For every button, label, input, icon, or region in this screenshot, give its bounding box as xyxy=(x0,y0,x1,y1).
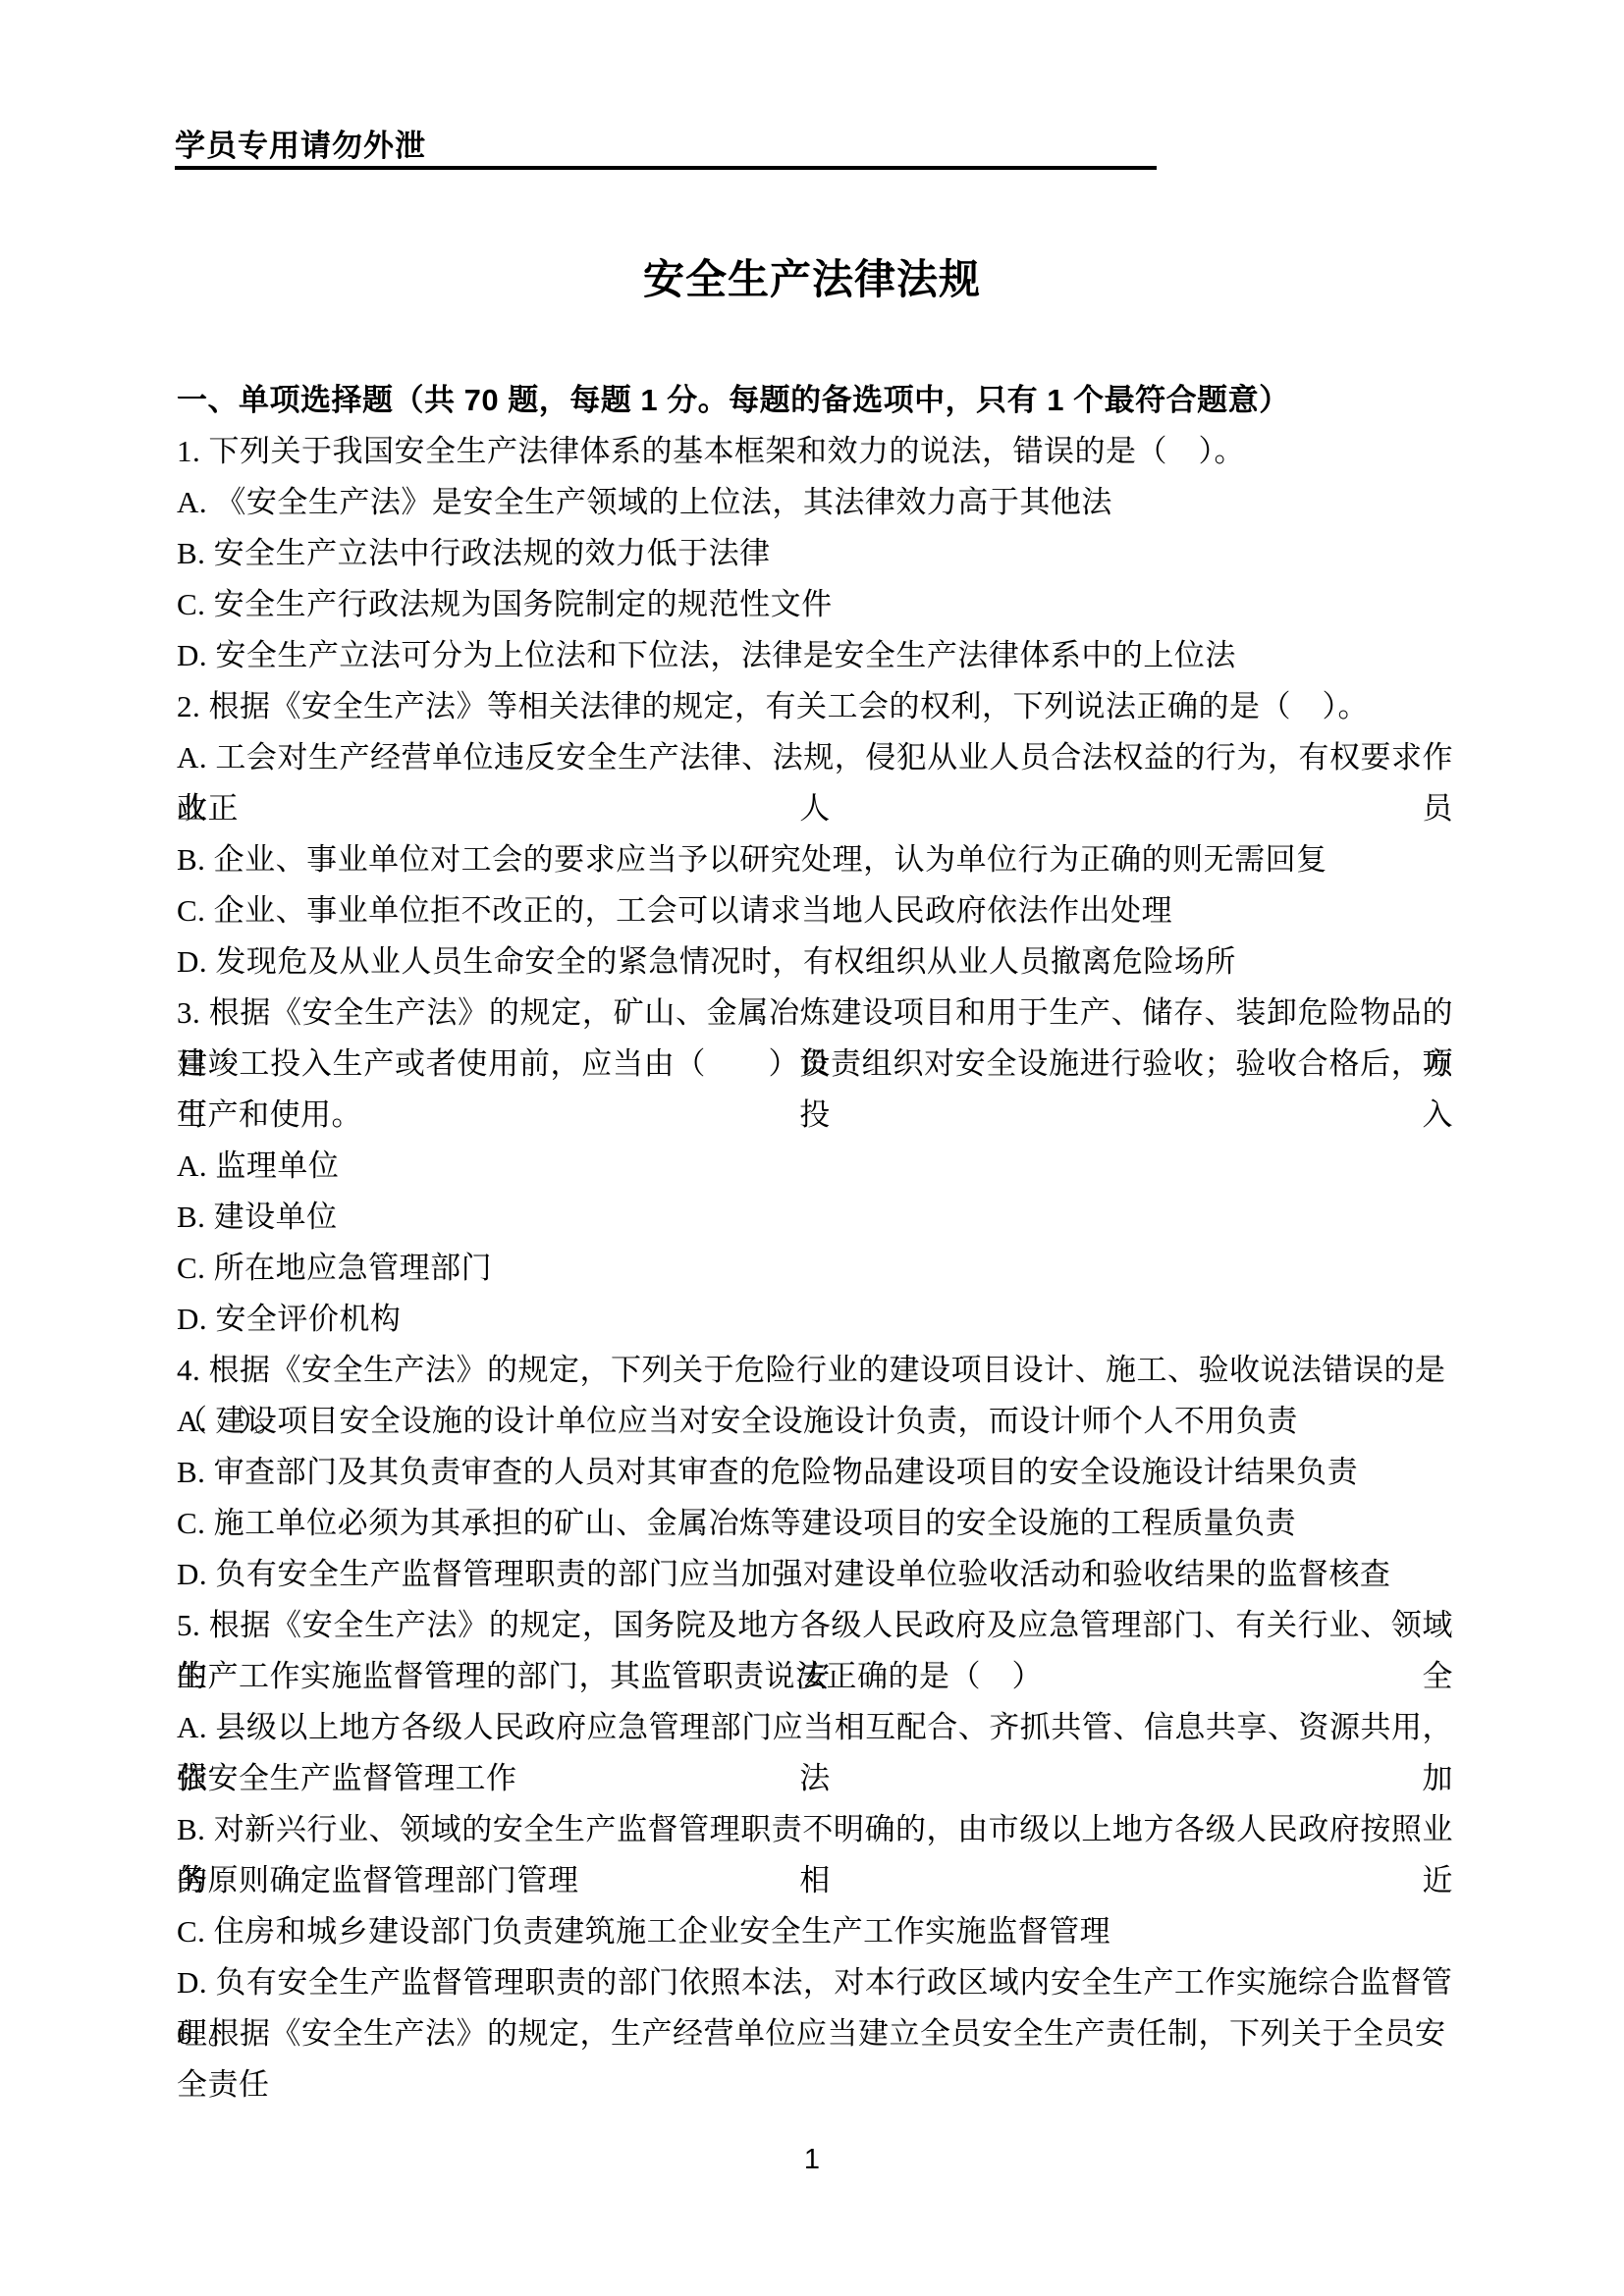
page-number: 1 xyxy=(0,2140,1624,2179)
question-5-option-d: D. 负有安全生产监督管理职责的部门依照本法，对本行政区域内安全生产工作实施综合… xyxy=(177,1957,1453,2008)
confidential-note: 学员专用请勿外泄 xyxy=(175,128,426,165)
header-rule xyxy=(175,166,1157,170)
question-3-option-d: D. 安全评价机构 xyxy=(177,1294,1453,1345)
question-3-stem-line-1: 3. 根据《安全生产法》的规定，矿山、金属冶炼建设项目和用于生产、储存、装卸危险… xyxy=(177,988,1453,1039)
question-3-option-a: A. 监理单位 xyxy=(177,1141,1453,1192)
question-1-stem: 1. 下列关于我国安全生产法律体系的基本框架和效力的说法，错误的是（ ）。 xyxy=(177,426,1453,477)
question-3-stem-line-2: 目竣工投入生产或者使用前，应当由（ ）负责组织对安全设施进行验收；验收合格后，方… xyxy=(177,1039,1453,1090)
question-5-option-a-line-1: A. 县级以上地方各级人民政府应急管理部门应当相互配合、齐抓共管、信息共享、资源… xyxy=(177,1702,1453,1753)
section-heading: 一、单项选择题（共 70 题，每题 1 分。每题的备选项中，只有 1 个最符合题… xyxy=(177,375,1453,426)
document-page: 学员专用请勿外泄 安全生产法律法规 一、单项选择题（共 70 题，每题 1 分。… xyxy=(0,0,1624,2296)
question-4-option-a: A. 建设项目安全设施的设计单位应当对安全设施设计负责，而设计师个人不用负责 xyxy=(177,1396,1453,1447)
question-5-option-c: C. 住房和城乡建设部门负责建筑施工企业安全生产工作实施监督管理 xyxy=(177,1906,1453,1957)
question-6-stem: 6. 根据《安全生产法》的规定，生产经营单位应当建立全员安全生产责任制，下列关于… xyxy=(177,2008,1453,2059)
question-5-stem-line-1: 5. 根据《安全生产法》的规定，国务院及地方各级人民政府及应急管理部门、有关行业… xyxy=(177,1600,1453,1651)
question-2-option-a-line-1: A. 工会对生产经营单位违反安全生产法律、法规，侵犯从业人员合法权益的行为，有权… xyxy=(177,732,1453,783)
question-3-option-b: B. 建设单位 xyxy=(177,1192,1453,1243)
document-title: 安全生产法律法规 xyxy=(0,255,1624,304)
question-1-option-b: B. 安全生产立法中行政法规的效力低于法律 xyxy=(177,528,1453,579)
question-4-option-d: D. 负有安全生产监督管理职责的部门应当加强对建设单位验收活动和验收结果的监督核… xyxy=(177,1549,1453,1600)
question-4-stem: 4. 根据《安全生产法》的规定，下列关于危险行业的建设项目设计、施工、验收说法错… xyxy=(177,1345,1453,1396)
question-1-option-d: D. 安全生产立法可分为上位法和下位法，法律是安全生产法律体系中的上位法 xyxy=(177,630,1453,681)
question-3-option-c: C. 所在地应急管理部门 xyxy=(177,1243,1453,1294)
question-4-option-b: B. 审查部门及其负责审查的人员对其审查的危险物品建设项目的安全设施设计结果负责 xyxy=(177,1447,1453,1498)
question-1-option-a: A. 《安全生产法》是安全生产领域的上位法，其法律效力高于其他法 xyxy=(177,477,1453,528)
question-2-option-c: C. 企业、事业单位拒不改正的，工会可以请求当地人民政府依法作出处理 xyxy=(177,885,1453,936)
question-2-option-d: D. 发现危及从业人员生命安全的紧急情况时，有权组织从业人员撤离危险场所 xyxy=(177,936,1453,988)
content-column: 一、单项选择题（共 70 题，每题 1 分。每题的备选项中，只有 1 个最符合题… xyxy=(177,375,1453,2059)
question-2-option-b: B. 企业、事业单位对工会的要求应当予以研究处理，认为单位行为正确的则无需回复 xyxy=(177,834,1453,885)
question-1-option-c: C. 安全生产行政法规为国务院制定的规范性文件 xyxy=(177,579,1453,630)
question-5-option-b-line-1: B. 对新兴行业、领域的安全生产监督管理职责不明确的，由市级以上地方各级人民政府… xyxy=(177,1804,1453,1855)
question-4-option-c: C. 施工单位必须为其承担的矿山、金属冶炼等建设项目的安全设施的工程质量负责 xyxy=(177,1498,1453,1549)
question-2-stem: 2. 根据《安全生产法》等相关法律的规定，有关工会的权利，下列说法正确的是（ ）… xyxy=(177,681,1453,732)
